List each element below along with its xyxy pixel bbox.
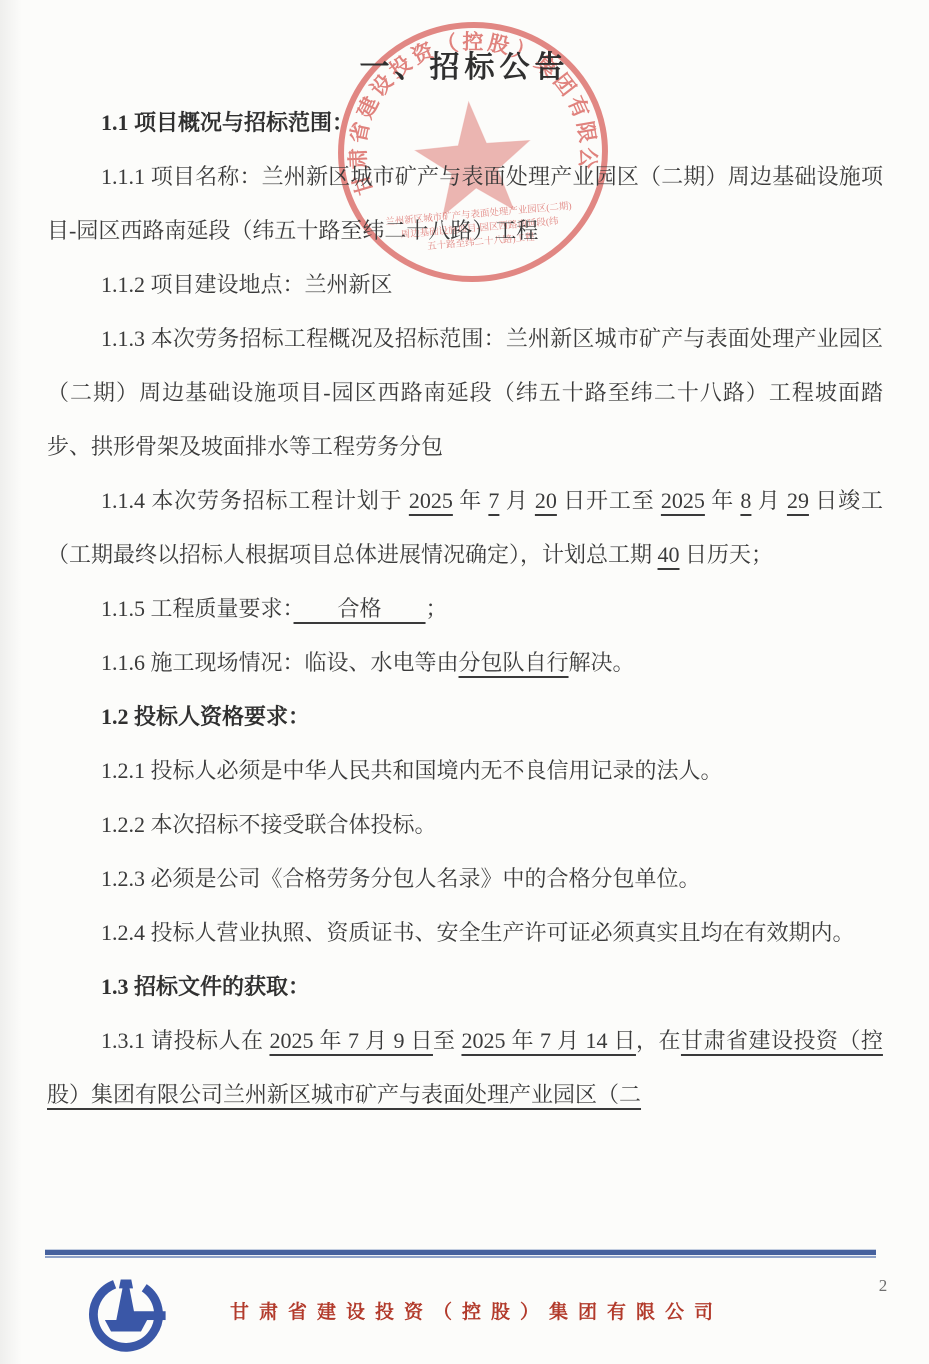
paragraph: 1.2.2 本次招标不接受联合体投标。 bbox=[47, 798, 883, 852]
text-run: 年 bbox=[705, 488, 741, 513]
underlined-value: 2025 年 7 月 14 日 bbox=[461, 1028, 635, 1053]
paragraph: 1.2.1 投标人必须是中华人民共和国境内无不良信用记录的法人。 bbox=[47, 744, 883, 798]
paragraph: 1.1.1 项目名称：兰州新区城市矿产与表面处理产业园区（二期）周边基础设施项目… bbox=[47, 150, 883, 258]
page-title: 一、招标公告 bbox=[0, 46, 929, 90]
page-number: 2 bbox=[868, 1276, 898, 1296]
footer-company-name: 甘肃省建设投资（控股）集团有限公司 bbox=[0, 1297, 929, 1324]
text-run: 1.1.6 施工现场情况：临设、水电等由 bbox=[101, 650, 459, 675]
paragraph: 1.2.4 投标人营业执照、资质证书、安全生产许可证必须真实且均在有效期内。 bbox=[47, 906, 883, 960]
paragraph: 1.2.3 必须是公司《合格劳务分包人名录》中的合格分包单位。 bbox=[47, 852, 883, 906]
paragraph: 1.1.4 本次劳务招标工程计划于 2025 年 7 月 20 日开工至 202… bbox=[47, 474, 883, 582]
text-run: 1.2 投标人资格要求： bbox=[101, 704, 310, 729]
underlined-value: 分包队自行 bbox=[459, 650, 569, 675]
text-run: 1.1 项目概况与招标范围： bbox=[101, 110, 354, 135]
text-run: 1.1.3 本次劳务招标工程概况及招标范围：兰州新区城市矿产与表面处理产业园区（… bbox=[47, 326, 883, 459]
text-run: 至 bbox=[433, 1028, 462, 1053]
text-run: 月 bbox=[751, 488, 787, 513]
text-run: 日开工至 bbox=[557, 488, 661, 513]
text-run: 1.1.5 工程质量要求： bbox=[101, 596, 294, 621]
underlined-value: 2025 bbox=[409, 488, 453, 513]
paragraph: 1.1.3 本次劳务招标工程概况及招标范围：兰州新区城市矿产与表面处理产业园区（… bbox=[47, 312, 883, 474]
text-run: 1.2.1 投标人必须是中华人民共和国境内无不良信用记录的法人。 bbox=[101, 758, 723, 783]
text-run: 1.3 招标文件的获取： bbox=[101, 974, 310, 999]
underlined-value: 29 bbox=[787, 488, 809, 513]
paragraph: 1.2 投标人资格要求： bbox=[47, 690, 883, 744]
text-run: ； bbox=[426, 596, 448, 621]
paragraph: 1.1.2 项目建设地点：兰州新区 bbox=[47, 258, 883, 312]
underlined-value: 20 bbox=[535, 488, 557, 513]
text-run: ，在 bbox=[636, 1028, 681, 1053]
text-run: 1.3.1 请投标人在 bbox=[101, 1028, 269, 1053]
text-run: 月 bbox=[499, 488, 535, 513]
paragraph: 1.1.6 施工现场情况：临设、水电等由分包队自行解决。 bbox=[47, 636, 883, 690]
text-run: 1.2.2 本次招标不接受联合体投标。 bbox=[101, 812, 437, 837]
text-run: 年 bbox=[453, 488, 489, 513]
document-page: 甘肃省建设投资（控股）集团有限公司 兰州新区城市矿产与表面处理产业园区(二期) … bbox=[0, 0, 929, 1364]
text-run: 日历天； bbox=[680, 542, 774, 567]
underlined-value: 2025 bbox=[661, 488, 705, 513]
paragraph: 1.3 招标文件的获取： bbox=[47, 960, 883, 1014]
paragraph: 1.3.1 请投标人在 2025 年 7 月 9 日至 2025 年 7 月 1… bbox=[47, 1014, 883, 1122]
text-run: 1.2.4 投标人营业执照、资质证书、安全生产许可证必须真实且均在有效期内。 bbox=[101, 920, 855, 945]
underlined-value: 2025 年 7 月 9 日 bbox=[269, 1028, 432, 1053]
text-run: 1.2.3 必须是公司《合格劳务分包人名录》中的合格分包单位。 bbox=[101, 866, 701, 891]
text-run: 1.1.2 项目建设地点：兰州新区 bbox=[101, 272, 393, 297]
text-run: 1.1.4 本次劳务招标工程计划于 bbox=[101, 488, 409, 513]
underlined-value: 7 bbox=[488, 488, 499, 513]
underlined-value: 8 bbox=[740, 488, 751, 513]
text-run: 解决。 bbox=[569, 650, 635, 675]
text-run: 1.1.1 项目名称：兰州新区城市矿产与表面处理产业园区（二期）周边基础设施项目… bbox=[47, 164, 883, 243]
footer-divider bbox=[45, 1249, 876, 1258]
paragraph: 1.1.5 工程质量要求： 合格 ； bbox=[47, 582, 883, 636]
paragraph: 1.1 项目概况与招标范围： bbox=[47, 96, 883, 150]
underlined-value: 合格 bbox=[294, 596, 426, 621]
underlined-value: 40 bbox=[658, 542, 680, 567]
paragraphs: 1.1 项目概况与招标范围：1.1.1 项目名称：兰州新区城市矿产与表面处理产业… bbox=[47, 96, 883, 1122]
